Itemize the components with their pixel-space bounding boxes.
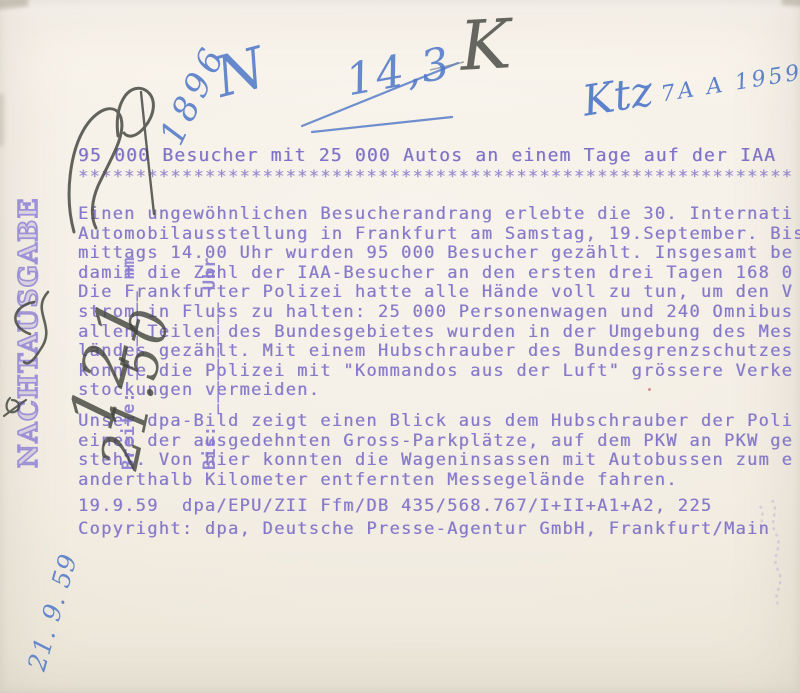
paper-corner-topleft — [0, 0, 29, 10]
signature-suffix: 7A A 1959 — [659, 60, 800, 107]
handwritten-date: 21. 9. 59 — [22, 550, 83, 674]
copyright-line: Copyright: dpa, Deutsche Presse-Agentur … — [78, 520, 770, 540]
handwritten-letter-n: N — [208, 35, 272, 110]
asterisk-divider: ****************************************… — [78, 168, 793, 188]
handwritten-signature: Ktz7A A 1959 — [566, 24, 800, 127]
ink-transfer-smudge — [760, 500, 781, 604]
press-photo-back: { "document": { "headline": "95 000 Besu… — [0, 0, 800, 693]
stamp-nachtausgabe: NACHTAUSGABE — [14, 197, 44, 468]
handwritten-letter-k: K — [458, 5, 513, 87]
credit-line: 19.9.59 dpa/EPU/ZII Ffm/DB 435/568.767/I… — [78, 497, 712, 517]
paper-corner-topright — [782, 0, 800, 7]
paper-edge-left — [0, 94, 4, 146]
handwritten-crossed-value: 14,3 — [342, 38, 455, 107]
signature-initials: Ktz — [579, 66, 656, 125]
stamp-until-line: Bis: __________ Uhr — [197, 257, 224, 470]
